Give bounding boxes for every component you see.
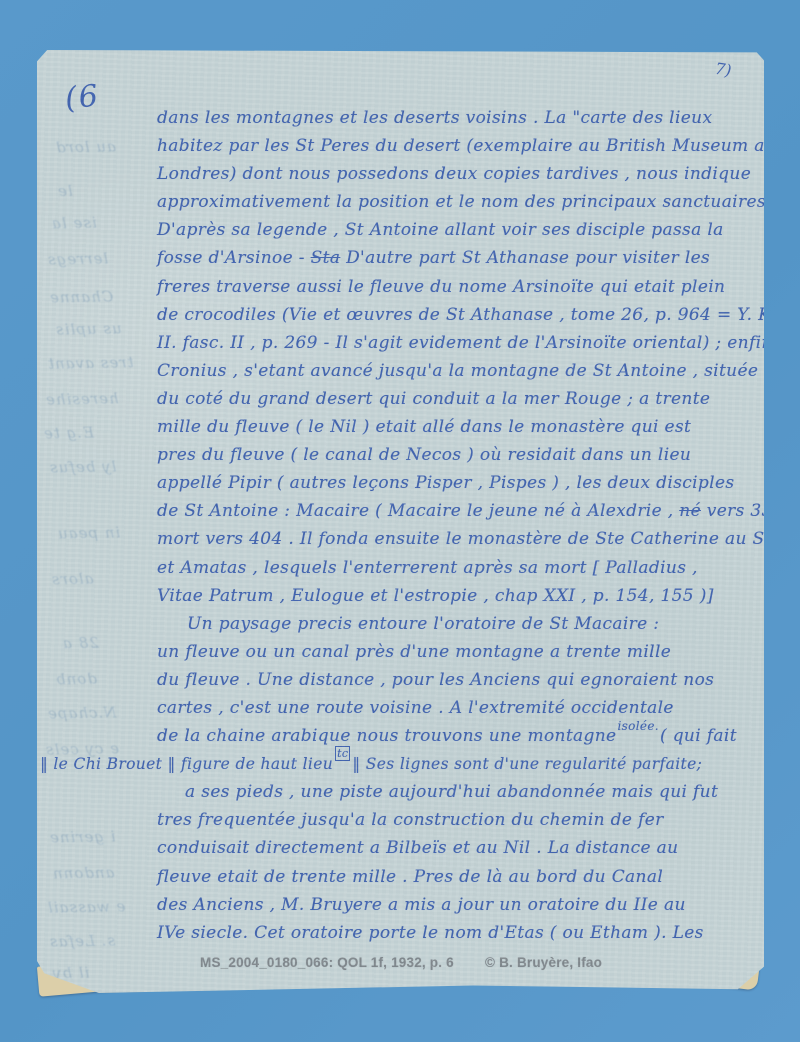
page-number: (6 <box>63 78 101 116</box>
bleedthrough-text: N.chape <box>47 703 117 722</box>
text-line: II. fasc. II , p. 269 - Il s'agit evidem… <box>157 329 757 357</box>
caption-copyright: © B. Bruyère, Ifao <box>485 955 602 970</box>
text-line: D'après sa legende , St Antoine allant v… <box>157 216 757 244</box>
caption-reference: MS_2004_0180_066: QOL 1f, 1932, p. 6 <box>200 955 454 970</box>
text-line: approximativement la position et le nom … <box>157 188 757 216</box>
bleedthrough-text: s. Lefas <box>49 931 116 950</box>
text-line: de crocodiles (Vie et œuvres de St Athan… <box>157 301 757 329</box>
text-line: Cronius , s'etant avancé jusqu'a la mont… <box>157 357 757 385</box>
bleedthrough-text: donb <box>55 670 97 689</box>
text-line: un fleuve ou un canal près d'une montagn… <box>157 638 757 666</box>
text-line: du fleuve . Une distance , pour les Anci… <box>157 666 757 694</box>
text-line: de la chaine arabique nous trouvons une … <box>157 722 757 750</box>
bleedthrough-text: 28 a <box>62 634 99 653</box>
bleedthrough-text: ly befus <box>49 457 117 476</box>
bleedthrough-text: alors <box>51 570 94 589</box>
bleedthrough-text: ise la <box>51 214 97 233</box>
text-line: dans les montagnes et les deserts voisin… <box>157 104 757 132</box>
text-line: freres traverse aussi le fleuve du nome … <box>157 273 757 301</box>
bleedthrough-text: E.g te <box>43 424 94 443</box>
corner-mark: 7) <box>714 59 733 80</box>
text-line: habitez par les St Peres du desert (exem… <box>157 132 757 160</box>
text-line: des Anciens , M. Bruyere a mis a jour un… <box>157 891 757 919</box>
text-line: et Amatas , lesquels l'enterrerent après… <box>157 554 757 582</box>
text-line: mille du fleuve ( le Nil ) etait allé da… <box>157 413 757 441</box>
manuscript-text: dans les montagnes et les deserts voisin… <box>157 104 757 947</box>
caption-bar: MS_2004_0180_066: QOL 1f, 1932, p. 6 © B… <box>37 955 764 975</box>
bleedthrough-text: le <box>57 182 73 200</box>
text-line: du coté du grand desert qui conduit a la… <box>157 385 757 413</box>
manuscript-page: (6 7) dans les montagnes et les deserts … <box>37 50 764 993</box>
text-line: a ses pieds , une piste aujourd'hui aban… <box>157 778 757 806</box>
text-line: conduisait directement a Bilbeïs et au N… <box>157 834 757 862</box>
text-line: ‖ le Chi Brouet ‖ figure de haut lieutc‖… <box>40 750 757 778</box>
bleedthrough-text: andonn <box>52 863 115 882</box>
bleedthrough-text: Channe <box>49 287 114 306</box>
text-line: mort vers 404 . Il fonda ensuite le mona… <box>157 525 757 553</box>
text-line: pres du fleuve ( le canal de Necos ) où … <box>157 441 757 469</box>
bleedthrough-text: heresihe <box>45 389 119 408</box>
text-line: de St Antoine : Macaire ( Macaire le jeu… <box>157 497 757 525</box>
text-line: Vitae Patrum , Eulogue et l'estropie , c… <box>157 582 757 610</box>
bleedthrough-text: in peau <box>57 523 121 542</box>
text-line: cartes , c'est une route voisine . A l'e… <box>157 694 757 722</box>
bleedthrough-text: tres avant <box>47 353 134 373</box>
scan-background: (6 7) dans les montagnes et les deserts … <box>0 0 800 1042</box>
text-line: IVe siecle. Cet oratoire porte le nom d'… <box>157 919 757 947</box>
text-line: Londres) dont nous possedons deux copies… <box>157 160 757 188</box>
text-line: fosse d'Arsinoe - Sta D'autre part St At… <box>157 244 757 272</box>
text-line: Un paysage precis entoure l'oratoire de … <box>157 610 757 638</box>
text-line: fleuve etait de trente mille . Pres de l… <box>157 863 757 891</box>
text-line: appellé Pipir ( autres leçons Pisper , P… <box>157 469 757 497</box>
bleedthrough-text: lerregs <box>47 249 109 268</box>
bleedthrough-text: i gerine <box>49 827 116 846</box>
text-line: tres frequentée jusqu'a la construction … <box>157 806 757 834</box>
bleedthrough-text: au lord <box>55 137 116 156</box>
bleedthrough-text: e wassail <box>47 897 126 916</box>
bleedthrough-text: us uplis <box>55 319 122 338</box>
